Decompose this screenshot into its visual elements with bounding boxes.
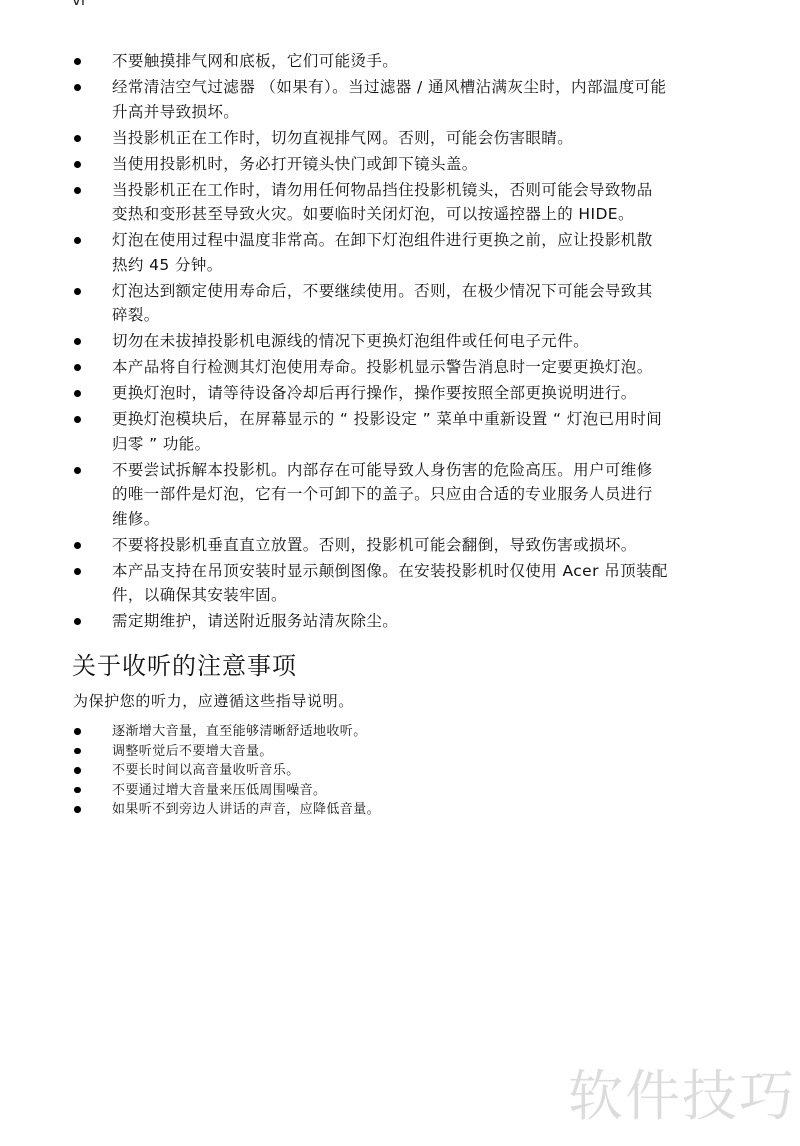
- bullet-icon: [74, 467, 81, 474]
- list-item-text: 如果听不到旁边人讲话的声音，应降低音量。: [112, 800, 380, 820]
- bullet-icon: [74, 542, 81, 549]
- bullet-icon: [74, 135, 81, 142]
- list-item: 逐渐增大音量，直至能够清晰舒适地收听。: [0, 722, 380, 742]
- list-item: 更换灯泡模块后，在屏幕显示的 “ 投影设定 ” 菜单中重新设置 “ 灯泡已用时间…: [0, 407, 712, 456]
- bullet-icon: [74, 618, 81, 625]
- list-item: 不要尝试拆解本投影机。内部存在可能导致人身伤害的危险高压。用户可维修 的唯一部件…: [0, 458, 712, 532]
- list-item-text: 不要将投影机垂直直立放置。否则，投影机可能会翻倒，导致伤害或损坏。: [112, 533, 712, 558]
- list-item: 不要触摸排气网和底板，它们可能烫手。: [0, 49, 712, 74]
- list-item: 经常清洁空气过滤器 （如果有）。当过滤器 / 通风槽沾满灰尘时，内部温度可能 升…: [0, 75, 712, 124]
- list-item: 更换灯泡时，请等待设备冷却后再行操作，操作要按照全部更换说明进行。: [0, 381, 712, 406]
- bullet-icon: [74, 187, 81, 194]
- list-item-text: 不要尝试拆解本投影机。内部存在可能导致人身伤害的危险高压。用户可维修 的唯一部件…: [112, 458, 712, 532]
- list-item-text: 当使用投影机时，务必打开镜头快门或卸下镜头盖。: [112, 152, 712, 177]
- bullet-icon: [74, 416, 81, 423]
- list-item-text: 当投影机正在工作时，请勿用任何物品挡住投影机镜头，否则可能会导致物品 变热和变形…: [112, 178, 712, 227]
- list-item-text: 更换灯泡时，请等待设备冷却后再行操作，操作要按照全部更换说明进行。: [112, 381, 712, 406]
- list-item: 当使用投影机时，务必打开镜头快门或卸下镜头盖。: [0, 152, 712, 177]
- list-item: 本产品将自行检测其灯泡使用寿命。投影机显示警告消息时一定要更换灯泡。: [0, 355, 712, 380]
- list-item-text: 不要长时间以高音量收听音乐。: [112, 761, 380, 781]
- list-item-text: 逐渐增大音量，直至能够清晰舒适地收听。: [112, 722, 380, 742]
- list-item-text: 更换灯泡模块后，在屏幕显示的 “ 投影设定 ” 菜单中重新设置 “ 灯泡已用时间…: [112, 407, 712, 456]
- bullet-icon: [74, 767, 81, 774]
- bullet-icon: [74, 806, 81, 813]
- list-item: 灯泡达到额定使用寿命后，不要继续使用。否则，在极少情况下可能会导致其 碎裂。: [0, 279, 712, 328]
- bullet-icon: [74, 338, 81, 345]
- bullet-icon: [74, 161, 81, 168]
- list-item-text: 调整听觉后不要增大音量。: [112, 742, 380, 762]
- bullet-icon: [74, 390, 81, 397]
- list-item: 如果听不到旁边人讲话的声音，应降低音量。: [0, 800, 380, 820]
- bullet-icon: [74, 364, 81, 371]
- list-item-text: 本产品将自行检测其灯泡使用寿命。投影机显示警告消息时一定要更换灯泡。: [112, 355, 712, 380]
- bullet-icon: [74, 288, 81, 295]
- list-item-text: 不要触摸排气网和底板，它们可能烫手。: [112, 49, 712, 74]
- list-item: 当投影机正在工作时，请勿用任何物品挡住投影机镜头，否则可能会导致物品 变热和变形…: [0, 178, 712, 227]
- list-item: 灯泡在使用过程中温度非常高。在卸下灯泡组件进行更换之前，应让投影机散 热约 45…: [0, 228, 712, 277]
- list-item: 不要通过增大音量来压低周围噪音。: [0, 781, 380, 801]
- list-item: 需定期维护，请送附近服务站清灰除尘。: [0, 609, 712, 634]
- page-number: vi: [72, 0, 85, 9]
- list-item-text: 灯泡在使用过程中温度非常高。在卸下灯泡组件进行更换之前，应让投影机散 热约 45…: [112, 228, 712, 277]
- bullet-icon: [74, 84, 81, 91]
- list-item: 切勿在未拔掉投影机电源线的情况下更换灯泡组件或任何电子元件。: [0, 329, 712, 354]
- bullet-icon: [74, 237, 81, 244]
- list-item: 本产品支持在吊顶安装时显示颠倒图像。在安装投影机时仅使用 Acer 吊顶装配 件…: [0, 559, 712, 608]
- list-item: 不要将投影机垂直直立放置。否则，投影机可能会翻倒，导致伤害或损坏。: [0, 533, 712, 558]
- list-item: 不要长时间以高音量收听音乐。: [0, 761, 380, 781]
- safety-list: 不要触摸排气网和底板，它们可能烫手。 经常清洁空气过滤器 （如果有）。当过滤器 …: [0, 49, 712, 635]
- list-item-text: 本产品支持在吊顶安装时显示颠倒图像。在安装投影机时仅使用 Acer 吊顶装配 件…: [112, 559, 712, 608]
- list-item-text: 需定期维护，请送附近服务站清灰除尘。: [112, 609, 712, 634]
- list-item: 当投影机正在工作时，切勿直视排气网。否则，可能会伤害眼睛。: [0, 126, 712, 151]
- list-item-text: 当投影机正在工作时，切勿直视排气网。否则，可能会伤害眼睛。: [112, 126, 712, 151]
- list-item-text: 不要通过增大音量来压低周围噪音。: [112, 781, 380, 801]
- bullet-icon: [74, 58, 81, 65]
- section-intro: 为保护您的听力，应遵循这些指导说明。: [73, 690, 354, 711]
- section-title: 关于收听的注意事项: [72, 646, 297, 681]
- bullet-icon: [74, 748, 81, 755]
- bullet-icon: [74, 728, 81, 735]
- watermark: 软件技巧: [568, 1052, 796, 1131]
- listening-list: 逐渐增大音量，直至能够清晰舒适地收听。 调整听觉后不要增大音量。 不要长时间以高…: [0, 722, 380, 820]
- list-item: 调整听觉后不要增大音量。: [0, 742, 380, 762]
- list-item-text: 灯泡达到额定使用寿命后，不要继续使用。否则，在极少情况下可能会导致其 碎裂。: [112, 279, 712, 328]
- bullet-icon: [74, 568, 81, 575]
- list-item-text: 切勿在未拔掉投影机电源线的情况下更换灯泡组件或任何电子元件。: [112, 329, 712, 354]
- list-item-text: 经常清洁空气过滤器 （如果有）。当过滤器 / 通风槽沾满灰尘时，内部温度可能 升…: [112, 75, 712, 124]
- bullet-icon: [74, 787, 81, 794]
